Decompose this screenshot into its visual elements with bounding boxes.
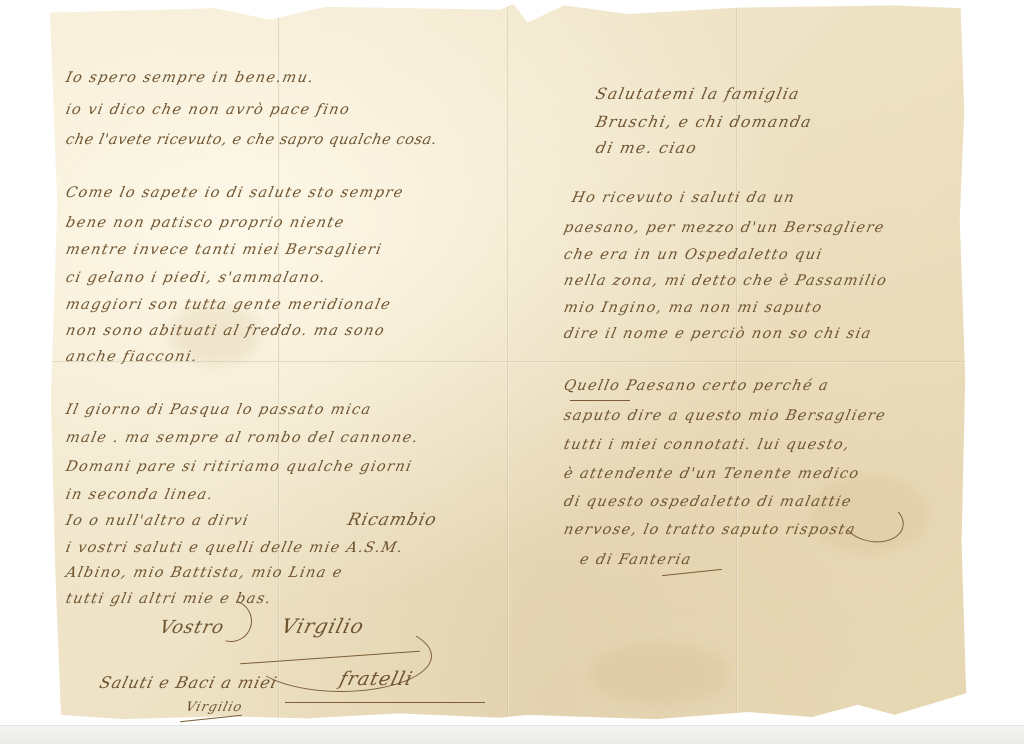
text-line: mio Ingino, ma non mi saputo (562, 300, 824, 316)
postscript-text: Saluti e Baci a miei (98, 673, 280, 692)
text-line: paesano, per mezzo d'un Bersagliere (562, 220, 886, 236)
text-line: Domani pare si ritiriamo qualche giorni (64, 459, 414, 475)
text-line: mentre invece tanti miei Bersaglieri (64, 242, 384, 258)
right-page: Salutatemi la famiglia Bruschi, e chi do… (512, 0, 1024, 744)
text-line: in seconda linea. (64, 487, 215, 503)
text-line: di me. ciao (594, 139, 699, 157)
text-line: nella zona, mi detto che è Passamilio (562, 273, 889, 289)
text-line: Io o null'altro a dirvi (64, 513, 250, 529)
text-line: di questo ospedaletto di malattie (562, 494, 853, 510)
word-underline (662, 569, 722, 577)
scanned-letter: Io spero sempre in bene.mu. io vi dico c… (0, 0, 1024, 744)
text-line: Albino, mio Battista, mio Lina e (64, 565, 344, 581)
text-line: Salutatemi la famiglia (594, 85, 802, 103)
text-line: nervose, lo tratto saputo risposta (562, 522, 857, 538)
text-line: Il giorno di Pasqua lo passato mica (64, 402, 373, 418)
text-line: bene non patisco proprio niente (64, 215, 346, 231)
text-line: maggiori son tutta gente meridionale (64, 297, 392, 313)
text-line: che era in un Ospedaletto qui (562, 247, 824, 263)
postscript-signature-underline (180, 715, 242, 723)
text-line: non sono abituati al freddo. ma sono (64, 323, 386, 339)
text-line: Io spero sempre in bene.mu. (64, 70, 316, 86)
text-line: tutti i miei connotati. lui questo, (562, 437, 851, 453)
text-line: anche fiacconi. (64, 349, 199, 365)
postscript-signature: Virgilio (184, 700, 244, 715)
left-page: Io spero sempre in bene.mu. io vi dico c… (0, 0, 512, 744)
text-line: male . ma sempre al rombo del cannone. (64, 430, 420, 446)
text-line: i vostri saluti e quelli delle mie A.S.M… (64, 540, 405, 556)
text-line: Bruschi, e chi domanda (594, 113, 814, 131)
postscript-underline (285, 702, 485, 703)
aside-ricambio: Ricambio (346, 510, 440, 530)
word-underline (570, 400, 630, 401)
text-line: che l'avete ricevuto, e che sapro qualch… (64, 132, 438, 148)
text-line: Quello Paesano certo perché a (562, 378, 830, 394)
text-line: io vi dico che non avrò pace fino (64, 102, 351, 118)
text-line: e di Fanteria (578, 552, 693, 568)
text-line: dire il nome e perciò non so chi sia (562, 326, 873, 342)
text-line: Ho ricevuto i saluti da un (570, 190, 796, 206)
text-line: ci gelano i piedi, s'ammalano. (64, 270, 327, 286)
postscript-fratelli: fratelli (337, 668, 415, 690)
scanner-bed-edge (0, 725, 1024, 744)
text-line: Come lo sapete io di salute sto sempre (64, 185, 405, 201)
text-line: saputo dire a questo mio Bersagliere (562, 408, 887, 424)
text-line: è attendente d'un Tenente medico (562, 466, 861, 482)
